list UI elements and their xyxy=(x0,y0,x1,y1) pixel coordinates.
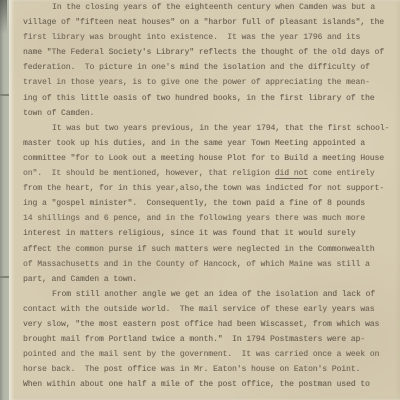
text-line: part, and Camden a town. xyxy=(23,275,400,290)
underlined-text: did not xyxy=(275,169,308,179)
text-line: of Massachusetts and in the County of Ha… xyxy=(23,260,400,275)
text-line: name "The Federal Society's Library" ref… xyxy=(23,48,400,63)
text-line: on". It should be mentioned, however, th… xyxy=(23,169,400,184)
text-line: 14 shillings and 6 pence, and in the fol… xyxy=(23,214,400,229)
text-line: horse back. The post office was in Mr. E… xyxy=(23,365,400,380)
text-line: contact with the outside world. The mail… xyxy=(23,305,400,320)
text-line: very slow, "the most eastern post office… xyxy=(23,320,400,335)
text-line: travel in those years, is to give one th… xyxy=(23,78,400,93)
text-line: affect the common purse if such matters … xyxy=(23,245,400,260)
text-line: pointed and the mail sent by the governm… xyxy=(23,350,400,365)
text-line: interest in matters religious, since it … xyxy=(23,229,400,244)
text-line: It was but two years previous, in the ye… xyxy=(23,124,400,139)
text-line: village of "fifteen neat houses" on a "h… xyxy=(23,18,400,33)
scan-corner-smudge xyxy=(0,0,7,34)
text-line: town of Camden. xyxy=(23,109,400,124)
scanned-page: In the closing years of the eighteenth c… xyxy=(9,0,400,400)
text-line: When within about one half a mile of the… xyxy=(23,380,400,395)
text-line: first library was brought into existence… xyxy=(23,33,400,48)
text-line: from the heart, for in this year,also,th… xyxy=(23,184,400,199)
text-line: From still another angle we get an idea … xyxy=(23,290,400,305)
text-line: committee "for to Look out a meeting hou… xyxy=(23,154,400,169)
page-text: In the closing years of the eighteenth c… xyxy=(23,3,400,395)
text-line: ing of this little oasis of two hundred … xyxy=(23,94,400,109)
text-line: brought mail from Portland twice a month… xyxy=(23,335,400,350)
text-line: master took up his duties, and in the sa… xyxy=(23,139,400,154)
text-line: In the closing years of the eighteenth c… xyxy=(23,3,400,18)
text-line: ing a "gospel minister". Consequently, t… xyxy=(23,199,400,214)
text-line: federation. To picture in one's mind the… xyxy=(23,63,400,78)
